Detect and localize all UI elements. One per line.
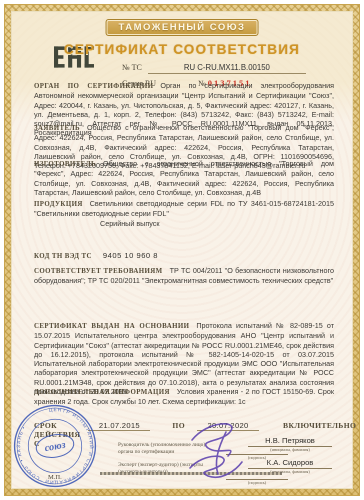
validity-to-date: 20.07.2020 (197, 421, 259, 431)
section-label: ДОПОЛНИТЕЛЬНАЯ ИНФОРМАЦИЯ (34, 389, 170, 396)
validity-from-date: 21.07.2015 (88, 421, 150, 431)
cert-no-label: № ТС (122, 63, 142, 72)
section-text: Протокола испытаний № 82-089-15 от 15.07… (34, 321, 334, 396)
section-label: ИЗГОТОВИТЕЛЬ (34, 161, 96, 168)
cert-no-value: RU C-RU.MX11.B.00150 (148, 63, 306, 74)
section-label: СЕРТИФИКАТ ВЫДАН НА ОСНОВАНИИ (34, 323, 189, 330)
round-seal-stamp: ЦЕНТР ИСПЫТАНИЙ И СЕРТИФИКАЦИИ "СОЮЗ" • … (5, 396, 105, 496)
product-serial-issue: Серийный выпуск (100, 219, 334, 228)
tnved-code-value: 9405 10 960 8 (103, 251, 158, 260)
certificate-title: СЕРТИФИКАТ СООТВЕТСТВИЯ (12, 42, 352, 57)
section-label: ЗАЯВИТЕЛЬ (34, 125, 80, 132)
section-label: ОРГАН ПО СЕРТИФИКАЦИИ (34, 83, 153, 90)
security-microtext-strip (100, 472, 282, 475)
signature-caption: (подпись) (226, 480, 288, 486)
section-issue-basis: СЕРТИФИКАТ ВЫДАН НА ОСНОВАНИИПротокола и… (34, 321, 334, 396)
section-manufacturer: ИЗГОТОВИТЕЛЬОбщество с ограниченной отве… (34, 159, 334, 197)
section-label: СООТВЕТСТВУЕТ ТРЕБОВАНИЯМ (34, 268, 163, 275)
validity-inclusive-label: ВКЛЮЧИТЕЛЬНО (283, 421, 356, 430)
signer-name-expert: К.А. Сидоров (248, 458, 332, 469)
name-caption: (инициалы, фамилия) (248, 447, 332, 453)
section-label: ПРОДУКЦИЯ (34, 201, 83, 208)
section-label: КОД ТН ВЭД ТС (34, 253, 92, 260)
validity-to-label: ПО (172, 421, 185, 430)
signer-role-head: Руководитель (уполномоченное лицо) орган… (118, 442, 220, 455)
certificate-number-line: № ТСRU C-RU.MX11.B.00150 (122, 63, 306, 74)
section-requirements: СООТВЕТСТВУЕТ ТРЕБОВАНИЯМТР ТС 004/2011 … (34, 266, 334, 286)
signer-name-head: Н.В. Петряков (248, 436, 332, 447)
section-product: ПРОДУКЦИЯСветильники светодиодные серии … (34, 199, 334, 228)
signer-roles: Руководитель (уполномоченное лицо) орган… (118, 442, 220, 482)
customs-union-badge: ТАМОЖЕННЫЙ СОЮЗ (106, 19, 259, 36)
stamp-center-text: союз (44, 440, 67, 454)
section-tnved-code: КОД ТН ВЭД ТС9405 10 960 8 (34, 251, 334, 261)
